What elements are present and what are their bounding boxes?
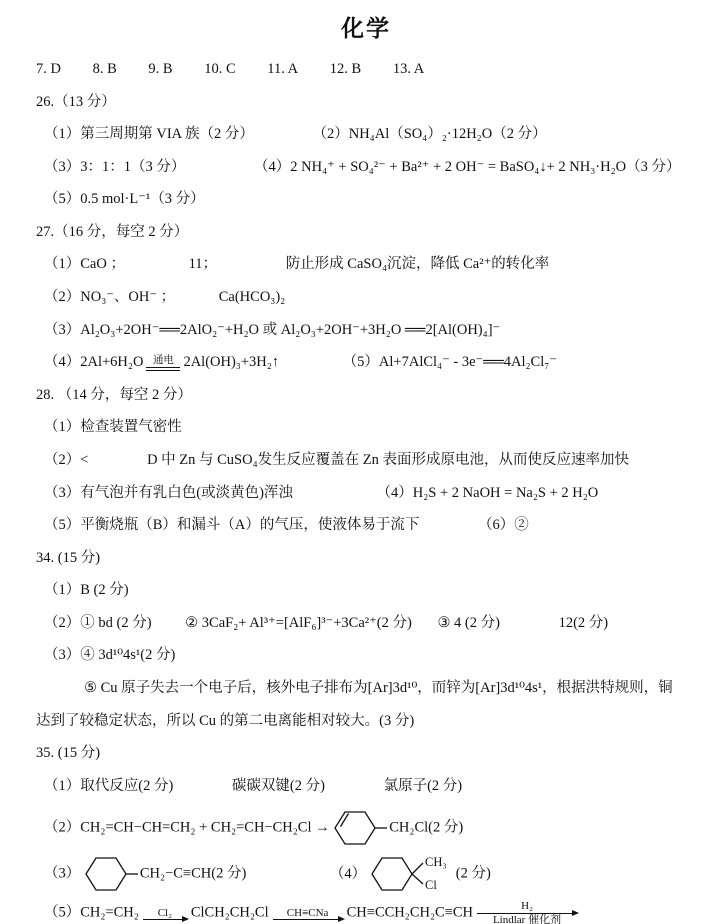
q35-ans1a: （1）取代反应(2 分) <box>44 778 173 794</box>
q34-ans3: （3）④ 3d¹⁰4s¹(2 分) <box>44 647 175 663</box>
methyl-label: CH₃ <box>425 855 447 869</box>
q26-line1: （1）第三周期第 VIA 族（2 分） （2）NH₄Al（SO₄）₂·12H₂O… <box>36 124 696 145</box>
mc-answer-11: 11. A <box>267 61 298 77</box>
q26-ans2: （2）NH₄Al（SO₄）₂·12H₂O（2 分） <box>312 126 546 142</box>
q35-ans1c: 氯原子(2 分) <box>384 778 463 794</box>
mc-answer-12: 12. B <box>330 61 361 77</box>
mc-answer-row: 7. D 8. B 9. B 10. C 11. A 12. B 13. A <box>36 59 696 80</box>
q27-ans1b: 11； <box>189 256 217 272</box>
q27-line3: （3）Al₂O₃+2OH⁻══2AlO₂⁻+H₂O 或 Al₂O₃+2OH⁻+3… <box>36 320 696 341</box>
q28-line4: （5）平衡烧瓶（B）和漏斗（A）的气压，使液体易于流下 （6）② <box>36 515 696 536</box>
cyclohexane-ring-methyl-chloro-diagram: CH₃ Cl <box>370 852 456 896</box>
q35-line3: （3） CH₂−C≡CH(2 分) （4） CH₃ Cl (2 分) <box>36 852 696 896</box>
q28-line3: （3）有气泡并有乳白色(或淡黄色)浑浊 （4）H₂S + 2 NaOH = Na… <box>36 483 696 504</box>
q27-line4: （4）2Al+6H₂O通电2Al(OH)₃+3H₂↑ （5）Al+7AlCl₄⁻… <box>36 352 696 373</box>
q27-ans4-right: 2Al(OH)₃+3H₂↑ <box>183 354 279 370</box>
q26-ans3: （3）3：1：1（3 分） <box>44 159 185 175</box>
cyclohexene-ring-diagram <box>333 808 389 848</box>
arrow-shaft <box>477 913 577 914</box>
q28-ans2a: （2）< <box>44 452 88 468</box>
q35-line1: （1）取代反应(2 分) 碳碳双键(2 分) 氯原子(2 分) <box>36 776 696 797</box>
q27-ans2a: （2）NO₃⁻、OH⁻ ； <box>44 289 175 305</box>
q35-line5: （5）CH₂=CH₂Cl₂ClCH₂CH₂ClCH≡CNaCH≡CCH₂CH₂C… <box>36 900 696 924</box>
q27-line1: （1）CaO ； 11； 防止形成 CaSO₄沉淀，降低 Ca²⁺的转化率 <box>36 254 696 275</box>
arrow-shaft <box>143 919 187 920</box>
q35-ans4-score: (2 分) <box>456 866 491 882</box>
page-title: 化学 <box>36 10 696 43</box>
q27-ans4-left: （4）2Al+6H₂O <box>44 354 143 370</box>
q26-line3: （5）0.5 mol·L⁻¹（3 分） <box>36 189 696 210</box>
q26-ans5: （5）0.5 mol·L⁻¹（3 分） <box>44 191 205 207</box>
arrow-condition-top: H₂ <box>518 900 536 913</box>
q27-header: 27.（16 分，每空 2 分） <box>36 222 696 243</box>
q35-ans2-equation: （2）CH₂=CH−CH=CH₂ + CH₂=CH−CH₂Cl → <box>44 820 330 836</box>
chloro-label: Cl <box>425 878 437 892</box>
q26-line2: （3）3：1：1（3 分） （4）2 NH₄⁺ + SO₄²⁻ + Ba²⁺ +… <box>36 157 696 178</box>
q26-ans1: （1）第三周期第 VIA 族（2 分） <box>44 126 254 142</box>
mc-answer-10: 10. C <box>204 61 235 77</box>
cyclohexane-ring-diagram <box>84 854 140 894</box>
q34-ans2-2: ② 3CaF₂+ Al³⁺=[AlF₆]³⁻+3Ca²⁺(2 分) <box>185 615 412 631</box>
q34-ans1: （1）B (2 分) <box>44 582 129 598</box>
q27-ans2b: Ca(HCO₃)₂ <box>219 289 286 305</box>
arrow-condition: Cl₂ <box>155 907 175 920</box>
q34-ans2-3: ③ 4 (2 分) <box>437 615 500 631</box>
q35-header: 35. (15 分) <box>36 743 696 764</box>
q28-ans5: （5）平衡烧瓶（B）和漏斗（A）的气压，使液体易于流下 <box>44 517 419 533</box>
q35-ans5-mid2: CH≡CCH₂CH₂C≡CH <box>347 905 473 921</box>
arrow-condition: CH≡CNa <box>284 907 332 920</box>
q35-ans5-start: （5）CH₂=CH₂ <box>44 905 139 921</box>
q28-header: 28. （14 分，每空 2 分） <box>36 385 696 406</box>
q27-ans3: （3）Al₂O₃+2OH⁻══2AlO₂⁻+H₂O 或 Al₂O₃+2OH⁻+3… <box>44 322 500 338</box>
q27-ans5: （5）Al+7AlCl₄⁻ - 3e⁻══4Al₂Cl₇⁻ <box>343 354 557 370</box>
q26-header: 26.（13 分） <box>36 92 696 113</box>
q28-ans2b: D 中 Zn 与 CuSO₄发生反应覆盖在 Zn 表面形成原电池，从而使反应速率… <box>147 452 629 468</box>
mc-answer-8: 8. B <box>93 61 117 77</box>
electrolysis-condition-equals: 通电 <box>146 355 180 371</box>
q34-explanation-line2: 达到了较稳定状态，所以 Cu 的第二电离能相对较大。(3 分) <box>36 711 696 732</box>
mc-answer-13: 13. A <box>393 61 424 77</box>
reaction-arrow-cl2: Cl₂ <box>143 907 187 921</box>
q34-line3: （3）④ 3d¹⁰4s¹(2 分) <box>36 645 696 666</box>
double-line <box>146 367 180 371</box>
q28-ans3: （3）有气泡并有乳白色(或淡黄色)浑浊 <box>44 485 293 501</box>
q27-ans1c: 防止形成 CaSO₄沉淀，降低 Ca²⁺的转化率 <box>286 256 550 272</box>
q34-line2: （2）① bd (2 分) ② 3CaF₂+ Al³⁺=[AlF₆]³⁻+3Ca… <box>36 613 696 634</box>
q35-ans3-marker: （3） <box>44 866 80 882</box>
mc-answer-7: 7. D <box>36 61 61 77</box>
reaction-arrow-lindlar: H₂Lindlar 催化剂 <box>477 900 577 924</box>
q27-ans1a: （1）CaO ； <box>44 256 125 272</box>
q26-ans4: （4）2 NH₄⁺ + SO₄²⁻ + Ba²⁺ + 2 OH⁻ = BaSO₄… <box>254 159 680 175</box>
q34-ans2-4: 12(2 分) <box>559 615 609 631</box>
answer-sheet-page: 化学 7. D 8. B 9. B 10. C 11. A 12. B 13. … <box>0 0 722 924</box>
arrow-shaft <box>273 919 343 920</box>
q35-ans5-mid1: ClCH₂CH₂Cl <box>191 905 269 921</box>
condition-label: 通电 <box>151 355 176 367</box>
q35-ans4-marker: （4） <box>330 866 366 882</box>
mc-answer-9: 9. B <box>148 61 172 77</box>
q28-ans1: （1）检查装置气密性 <box>44 419 182 435</box>
q34-line1: （1）B (2 分) <box>36 580 696 601</box>
q28-ans4: （4）H₂S + 2 NaOH = Na₂S + 2 H₂O <box>377 485 599 501</box>
q34-header: 34. (15 分) <box>36 548 696 569</box>
q34-explanation-line1: ⑤ Cu 原子失去一个电子后，核外电子排布为[Ar]3d¹⁰，而锌为[Ar]3d… <box>36 678 696 699</box>
q35-ans2-product-group: CH₂Cl(2 分) <box>389 820 463 836</box>
q28-ans6: （6）② <box>478 517 529 533</box>
q34-ans2-1: （2）① bd (2 分) <box>44 615 152 631</box>
q28-line2: （2）< D 中 Zn 与 CuSO₄发生反应覆盖在 Zn 表面形成原电池，从而… <box>36 450 696 471</box>
reaction-arrow-chcna: CH≡CNa <box>273 907 343 921</box>
q35-ans1b: 碳碳双键(2 分) <box>232 778 325 794</box>
q27-line2: （2）NO₃⁻、OH⁻ ； Ca(HCO₃)₂ <box>36 287 696 308</box>
arrow-condition-bottom: Lindlar 催化剂 <box>490 914 564 924</box>
q35-ans3-chain: CH₂−C≡CH(2 分) <box>140 866 246 882</box>
q35-line2: （2）CH₂=CH−CH=CH₂ + CH₂=CH−CH₂Cl → CH₂Cl(… <box>36 808 696 848</box>
q28-line1: （1）检查装置气密性 <box>36 417 696 438</box>
